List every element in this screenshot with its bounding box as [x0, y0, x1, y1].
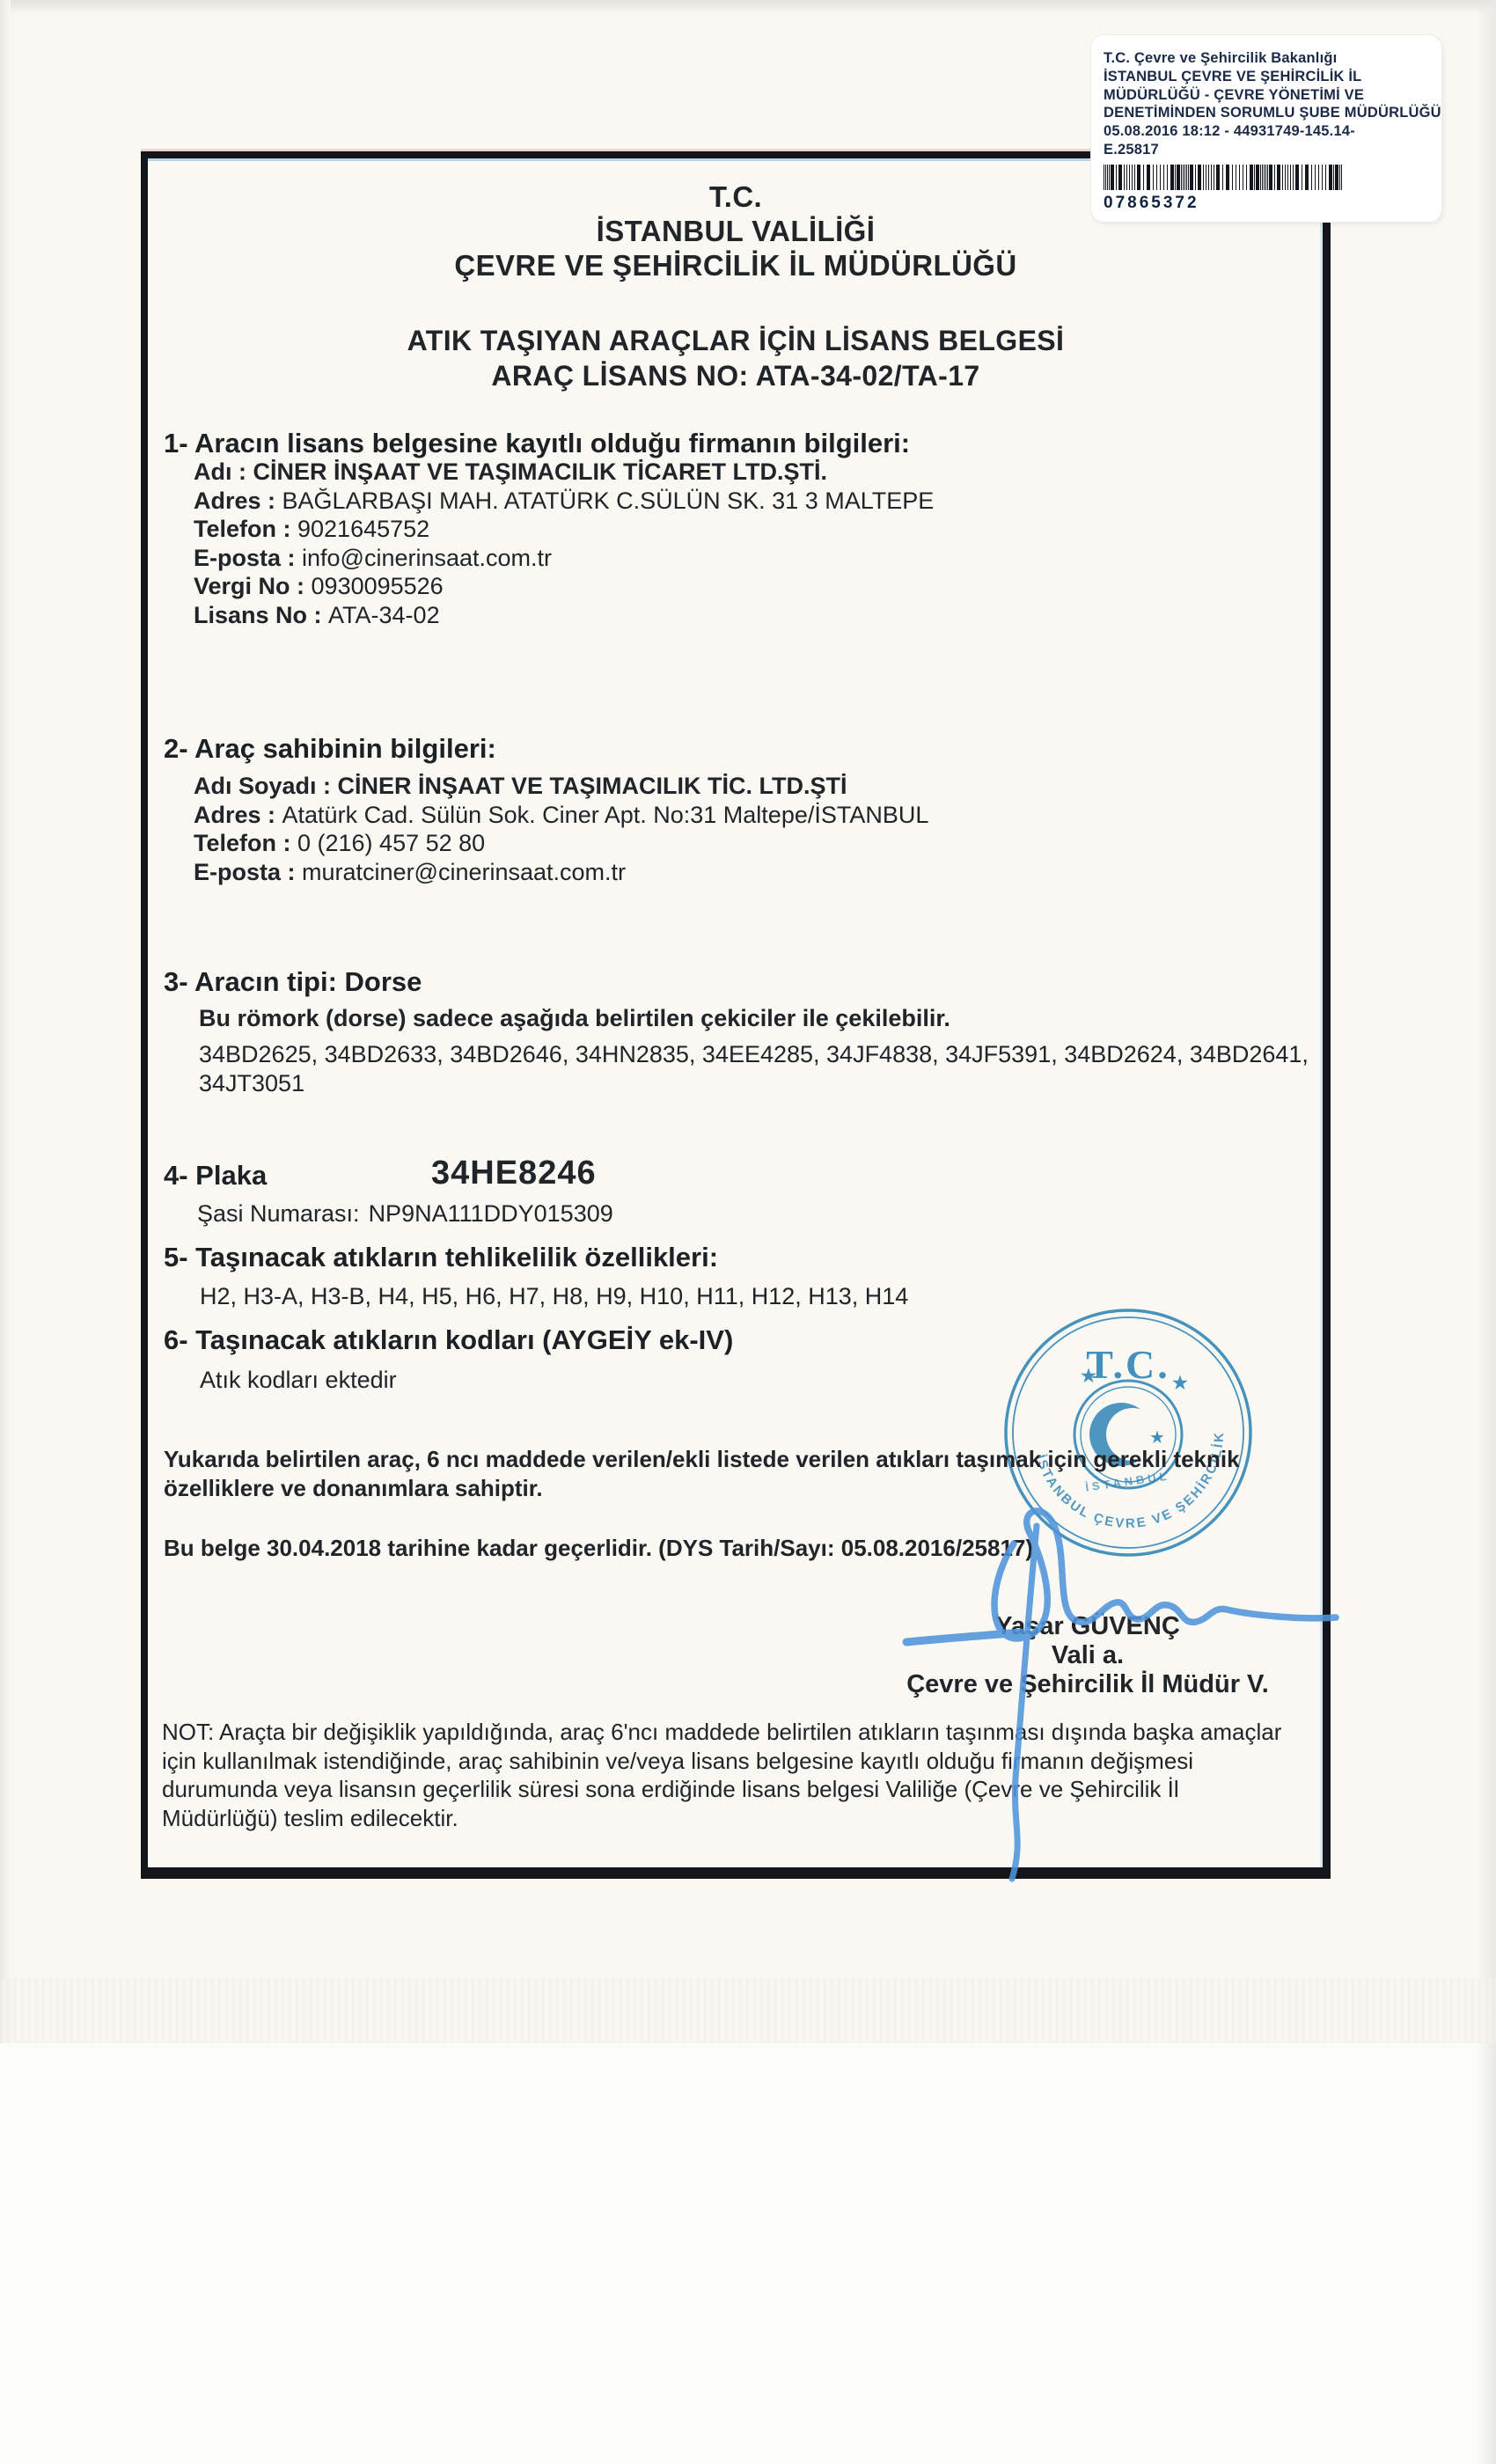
scan-edge-left: [0, 0, 11, 2043]
registry-label-line: 05.08.2016 18:12 - 44931749-145.14-: [1104, 122, 1431, 141]
registry-barcode-label: T.C. Çevre ve Şehircilik Bakanlığı İSTAN…: [1091, 35, 1441, 222]
section3-title: 3- Aracın tipi: Dorse: [164, 966, 422, 998]
doc-title-line1: ATIK TAŞIYAN ARAÇLAR İÇİN LİSANS BELGESİ: [141, 325, 1331, 357]
field-row: Adres : BAĞLARBAŞI MAH. ATATÜRK C.SÜLÜN …: [194, 488, 934, 517]
doc-title-line2: ARAÇ LİSANS NO: ATA-34-02/TA-17: [141, 360, 1331, 392]
barcode: [1104, 165, 1352, 190]
scan-edge-top: [0, 0, 1496, 14]
field-row: E-posta : info@cinerinsaat.com.tr: [194, 545, 934, 574]
scanned-license-document: { "colors": { "paper": "#faf8f3", "frame…: [0, 0, 1496, 2464]
section6-note: Atık kodları ektedir: [200, 1367, 397, 1394]
chassis-line: Şasi Numarası:NP9NA111DDY015309: [197, 1200, 613, 1228]
hazard-codes: H2, H3-A, H3-B, H4, H5, H6, H7, H8, H9, …: [200, 1283, 908, 1310]
plate-number: 34HE8246: [431, 1155, 597, 1192]
field-row: Telefon : 9021645752: [194, 516, 934, 545]
registry-label-line: E.25817: [1104, 141, 1431, 159]
paper-bottom-edge: [0, 1978, 1496, 2043]
registry-label-line: İSTANBUL ÇEVRE VE ŞEHİRCİLİK İL: [1104, 68, 1431, 86]
field-row: Lisans No : ATA-34-02: [194, 602, 934, 631]
registry-label-lines: T.C. Çevre ve Şehircilik Bakanlığı İSTAN…: [1104, 49, 1431, 159]
registry-label-line: T.C. Çevre ve Şehircilik Bakanlığı: [1104, 49, 1431, 68]
stamp-tc-text: T.C.: [1086, 1342, 1170, 1387]
section1-fields: Adı : CİNER İNŞAAT VE TAŞIMACILIK TİCARE…: [194, 458, 934, 631]
plates-line: 34JT3051: [199, 1069, 1309, 1098]
towing-plates-list: 34BD2625, 34BD2633, 34BD2646, 34HN2835, …: [199, 1040, 1309, 1097]
field-row: Vergi No : 0930095526: [194, 573, 934, 602]
field-row: Adres : Atatürk Cad. Sülün Sok. Ciner Ap…: [194, 802, 928, 831]
chassis-value: NP9NA111DDY015309: [369, 1200, 613, 1227]
section1-title: 1- Aracın lisans belgesine kayıtlı olduğ…: [164, 428, 910, 459]
field-row: Telefon : 0 (216) 457 52 80: [194, 830, 928, 859]
field-row: Adı : CİNER İNŞAAT VE TAŞIMACILIK TİCARE…: [194, 458, 934, 488]
section3-note: Bu römork (dorse) sadece aşağıda belirti…: [199, 1005, 950, 1032]
registry-label-line: DENETİMİNDEN SORUMLU ŞUBE MÜDÜRLÜĞÜ: [1104, 104, 1431, 122]
section5-title: 5- Taşınacak atıkların tehlikelilik özel…: [164, 1242, 718, 1273]
section4-title: 4- Plaka: [164, 1160, 267, 1192]
field-row: Adı Soyadı : CİNER İNŞAAT VE TAŞIMACILIK…: [194, 773, 928, 802]
scan-edge-right: [1477, 0, 1496, 2464]
barcode-number: 07865372: [1104, 194, 1431, 213]
svg-text:★: ★: [1081, 1367, 1096, 1386]
section2-title: 2- Araç sahibinin bilgileri:: [164, 733, 496, 765]
section2-fields: Adı Soyadı : CİNER İNŞAAT VE TAŞIMACILIK…: [194, 773, 928, 887]
handwritten-signature: [880, 1487, 1355, 1883]
svg-text:★: ★: [1172, 1374, 1188, 1393]
field-row: E-posta : muratciner@cinerinsaat.com.tr: [194, 859, 928, 888]
registry-label-line: MÜDÜRLÜĞÜ - ÇEVRE YÖNETİMİ VE: [1104, 86, 1431, 105]
letterhead-directorate: ÇEVRE VE ŞEHİRCİLİK İL MÜDÜRLÜĞÜ: [141, 249, 1331, 282]
section6-title: 6- Taşınacak atıkların kodları (AYGEİY e…: [164, 1324, 733, 1356]
statement-line: Yukarıda belirtilen araç, 6 ncı maddede …: [164, 1445, 1240, 1474]
chassis-label: Şasi Numarası:: [197, 1200, 360, 1227]
plates-line: 34BD2625, 34BD2633, 34BD2646, 34HN2835, …: [199, 1040, 1309, 1069]
